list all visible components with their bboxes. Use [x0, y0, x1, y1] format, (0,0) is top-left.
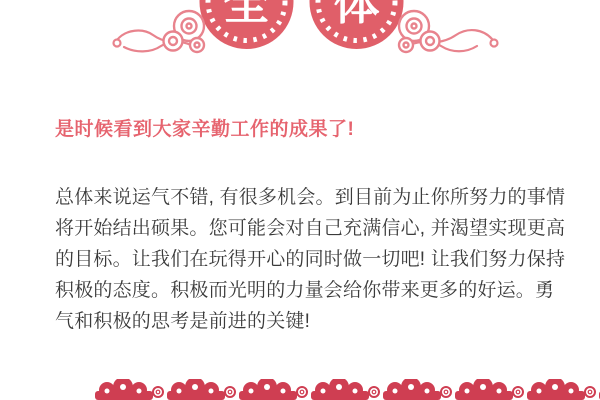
seal-right: 体 [310, 0, 404, 49]
body-line: 的目标。让我们在玩得开心的同时做一切吧! 让我们努力保持 [55, 244, 565, 275]
seal-left-char: 全 [224, 0, 270, 29]
body-line: 将开始结出硕果。您可能会对自己充满信心, 并渴望实现更高 [55, 213, 565, 244]
fortune-card: 全 体 是时候看到大家辛勤工作的成果了! [0, 0, 600, 400]
section-heading: 是时候看到大家辛勤工作的成果了! [55, 117, 354, 143]
body-line: 气和积极的思考是前进的关键! [55, 306, 565, 337]
fortune-paragraph: 总体来说运气不错, 有很多机会。到目前为止你所努力的事情 将开始结出硕果。您可能… [55, 182, 565, 337]
bottom-border-ornament [95, 379, 600, 400]
seal-left: 全 [200, 0, 294, 49]
auspicious-cloud-right-icon [399, 11, 440, 52]
top-ornament: 全 体 [0, 0, 600, 56]
body-line: 总体来说运气不错, 有很多机会。到目前为止你所努力的事情 [55, 182, 565, 213]
body-line: 积极的态度。积极而光明的力量会给你带来更多的好运。勇 [55, 275, 565, 306]
seal-right-char: 体 [334, 0, 380, 29]
auspicious-cloud-left-icon [164, 11, 205, 52]
